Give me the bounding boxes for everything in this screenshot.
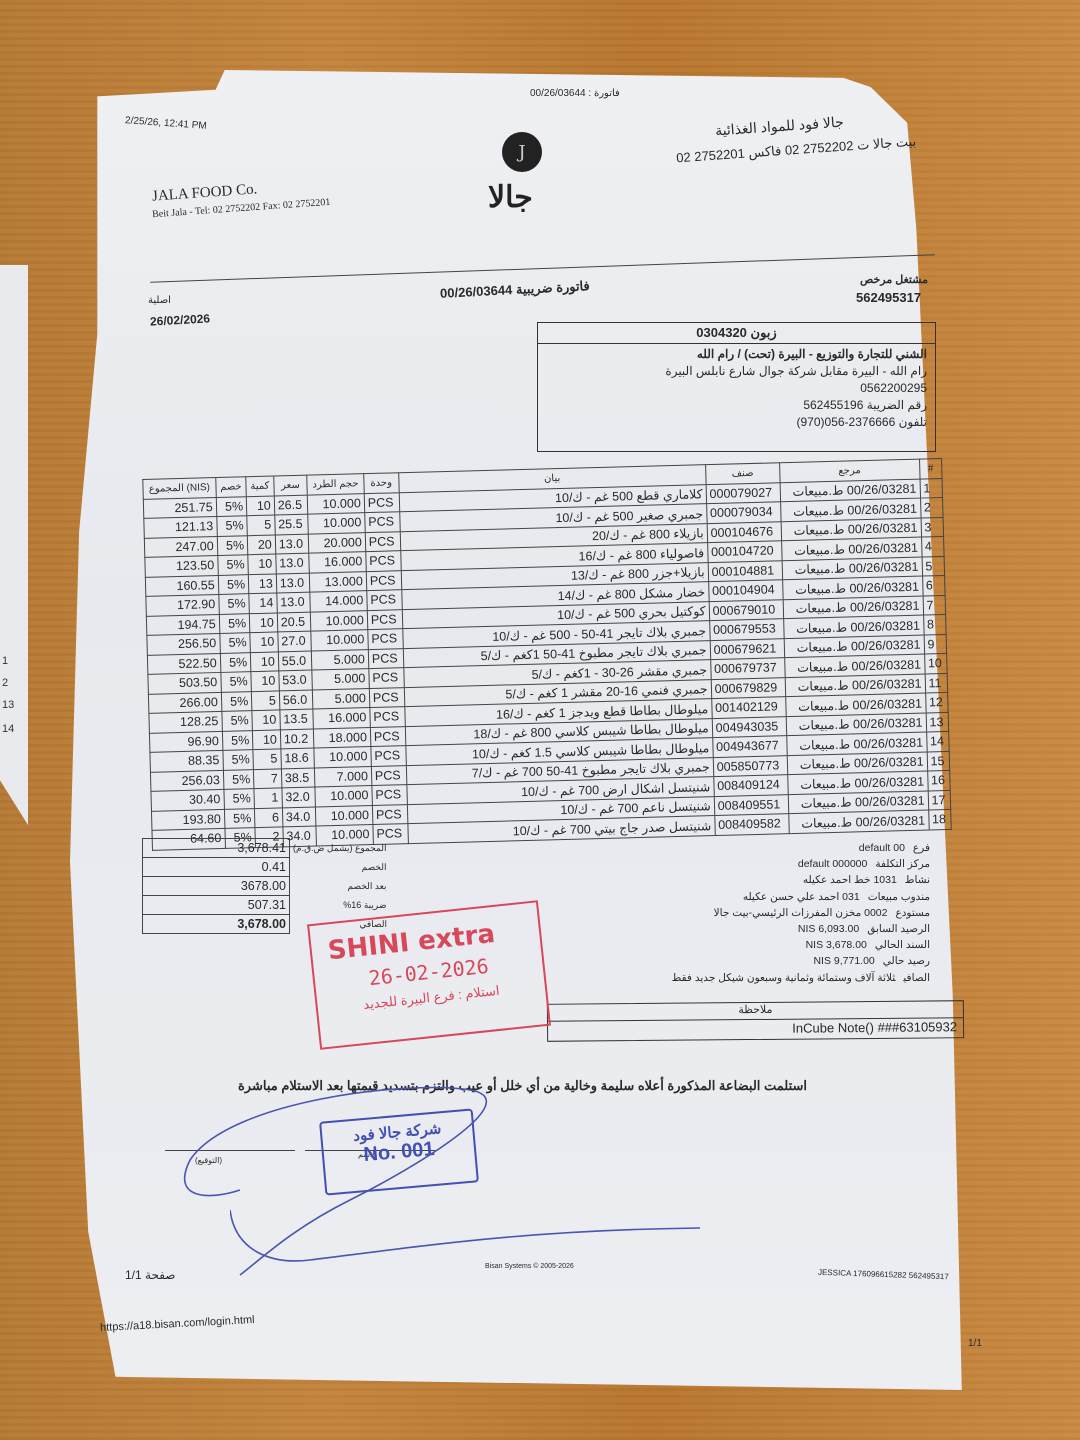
meta-label: مندوب مبيعات [868,891,930,903]
cell-pack: 7.000 [315,766,372,787]
totals-label: بعد الخصم [290,877,390,896]
cell-pack: 10.000 [308,513,365,534]
cell-discount: 5% [218,574,249,594]
cell-item: 000079027 [706,482,781,503]
cell-item: 008409582 [714,814,789,835]
cell-qty: 20 [247,534,275,554]
cell-total: 194.75 [146,614,219,635]
totals-label: ضريبة 16% [290,896,390,915]
cell-total: 172.90 [146,594,219,615]
cell-price: 20.5 [277,612,311,632]
meta-value: 9,771.00 NIS [813,955,874,967]
meta-label: مستودع [895,907,930,919]
meta-value: 031 احمد علي حسن عكيله [743,891,860,903]
cell-num: 14 [926,731,949,751]
cell-total: 522.50 [147,653,220,674]
col-total: المجموع (NIS) [143,478,216,499]
cell-total: 256.03 [150,770,223,791]
slip-number: 13 [2,699,14,711]
totals-value: 0.41 [143,858,290,877]
cell-price: 13.0 [277,592,311,612]
cell-item: 000679553 [709,619,784,640]
slip-number: 2 [2,677,8,689]
meta-value: 3,678.00 NIS [806,939,867,951]
cell-item: 005850773 [713,755,788,776]
licensed-dealer-number: 562495317 [856,290,921,305]
invoice-items-table: المجموع (NIS) خصم كمية سعر حجم الطرد وحد… [142,458,951,850]
cell-item: 004943035 [712,716,787,737]
cell-total: 266.00 [148,692,221,713]
totals-label: الخصم [290,858,390,877]
page-indicator: صفحة 1/1 [125,1268,175,1282]
cell-discount: 5% [216,496,247,516]
meta-row: السند الحالي3,678.00 NIS [640,937,930,953]
totals-value: 3,678.41 [143,839,290,858]
meta-label: مركز التكلفة [875,858,930,870]
totals-label: المجموع (يشمل ض.ق.م) [290,839,390,858]
cell-unit: PCS [370,726,405,746]
cell-pack: 5.000 [313,688,370,709]
cell-discount: 5% [221,691,252,711]
cell-item: 000679010 [709,599,784,620]
cell-item: 000079034 [706,502,781,523]
cell-total: 503.50 [148,672,221,693]
cell-total: 88.35 [150,750,223,771]
cell-num: 9 [924,634,947,654]
cell-price: 10.2 [280,729,314,749]
cell-qty: 5 [251,690,279,710]
cell-unit: PCS [370,707,405,727]
meta-row: مركز التكلفةdefault 000000 [640,856,930,872]
cell-discount: 5% [221,672,252,692]
cell-num: 1 [920,478,943,498]
customer-phone: 0562200295 [546,380,927,397]
cell-discount: 5% [216,516,247,536]
company-logo-text: جالا [488,180,533,215]
slip-number: 14 [2,723,14,735]
totals-row: 3678.00بعد الخصم [143,877,390,896]
meta-value: ثلاثة آلاف وستمائة وثمانية وسبعون شيكل ج… [672,972,896,984]
cell-price: 32.0 [282,787,316,807]
cell-item: 000679621 [710,638,785,659]
cell-discount: 5% [223,750,254,770]
notes-value: InCube Note() ###63105932 [548,1018,963,1041]
meta-label: نشاط [905,874,930,886]
cell-unit: PCS [369,668,404,688]
cell-num: 4 [921,536,944,556]
cell-pack: 5.000 [312,669,369,690]
cell-qty: 13 [248,573,276,593]
meta-label: الصافي [903,972,930,984]
cell-num: 10 [924,653,947,673]
cell-item: 008409124 [713,775,788,796]
meta-value: 0002 مخزن المفرزات الرئيسي-بيت جالا [714,907,888,919]
cell-num: 5 [922,556,945,576]
cell-item: 000679737 [710,658,785,679]
cell-unit: PCS [371,765,406,785]
cell-price: 34.0 [282,807,316,827]
cell-qty: 10 [252,729,280,749]
cell-total: 247.00 [144,536,217,557]
totals-row: 507.31ضريبة 16% [143,896,390,915]
invoice-meta-block: فرعdefault 00مركز التكلفةdefault 000000ن… [640,840,930,986]
cell-qty: 10 [251,671,279,691]
software-credit: Bisan Systems © 2005-2026 [485,1263,574,1270]
cell-num: 6 [922,575,945,595]
cell-unit: PCS [365,531,400,551]
customer-address: رام الله - البيرة مقابل شركة جوال شارع ن… [546,363,927,380]
totals-value: 3678.00 [143,877,290,896]
cell-num: 12 [925,692,948,712]
cell-pack: 10.000 [316,805,373,826]
cell-num: 17 [928,790,951,810]
cell-total: 128.25 [149,711,222,732]
cell-qty: 10 [250,651,278,671]
customer-tax-number: رقم الضريبة 562455196 [546,397,927,414]
cell-price: 56.0 [279,690,313,710]
cell-num: 18 [928,809,951,829]
meta-label: السند الحالي [875,939,930,951]
meta-row: نشاط1031 خط احمد عكيله [640,872,930,888]
cell-pack: 5.000 [311,649,368,670]
notes-box: ملاحظة InCube Note() ###63105932 [547,1000,964,1042]
cell-unit: PCS [365,512,400,532]
cell-unit: PCS [367,590,402,610]
cell-discount: 5% [224,808,255,828]
cell-qty: 10 [252,710,280,730]
cell-qty: 5 [247,515,275,535]
cell-price: 13.0 [275,534,309,554]
cell-discount: 5% [223,769,254,789]
col-pack: حجم الطرد [307,474,364,495]
customer-name: الشني للتجارة والتوزيع - البيرة (تحت) / … [546,346,927,363]
cell-pack: 10.000 [307,493,364,514]
cell-price: 55.0 [278,651,312,671]
cell-discount: 5% [222,730,253,750]
cell-pack: 14.000 [310,591,367,612]
meta-value: default 00 [859,842,905,854]
cell-pack: 16.000 [313,708,370,729]
cell-unit: PCS [368,648,403,668]
company-stamp: شركة جالا فود No. 001 [319,1108,479,1195]
cell-item: 000679829 [711,677,786,698]
cell-price: 53.0 [279,670,313,690]
signature-line [165,1150,295,1151]
invoice-copy-label: اصلية [148,295,171,306]
col-item: صنف [705,463,780,484]
customer-telephone: تلفون 2376666-056(970) [546,414,927,431]
cell-item: 001402129 [711,697,786,718]
cell-qty: 1 [254,788,282,808]
cell-price: 13.5 [280,709,314,729]
cell-qty: 14 [249,593,277,613]
receipt-statement: استلمت البضاعة المذكورة أعلاه سليمة وخال… [238,1078,807,1094]
received-stamp: SHINI extra 26-02-2026 استلام : فرع البي… [307,900,551,1050]
cell-unit: PCS [367,609,402,629]
cell-item: 000104720 [707,541,782,562]
cell-unit: PCS [372,785,407,805]
totals-value: 507.31 [143,896,290,915]
cell-num: 7 [923,595,946,615]
print-page-count: 1/1 [968,1338,982,1349]
meta-value: 1031 خط احمد عكيله [803,874,897,886]
cell-pack: 10.000 [315,786,372,807]
cell-price: 13.0 [276,573,310,593]
cell-item: 008409551 [714,794,789,815]
company-logo-icon: J [502,132,542,172]
cell-discount: 5% [217,555,248,575]
cell-total: 256.50 [147,633,220,654]
cell-total: 160.55 [145,575,218,596]
slip-number: 1 [2,655,8,667]
cell-pack: 20.000 [308,532,365,553]
totals-row: 3,678.41المجموع (يشمل ض.ق.م) [143,839,390,858]
cell-qty: 10 [249,612,277,632]
meta-row: مندوب مبيعات031 احمد علي حسن عكيله [640,889,930,905]
cell-item: 000104881 [708,560,783,581]
cell-discount: 5% [217,535,248,555]
cell-unit: PCS [371,746,406,766]
meta-value: default 000000 [798,858,867,870]
cell-pack: 18.000 [314,727,371,748]
signature-label: (التوقيع) [195,1156,222,1165]
meta-row: الصافيثلاثة آلاف وستمائة وثمانية وسبعون … [640,970,930,986]
cell-num: 11 [925,673,948,693]
meta-label: رصيد حالي [883,955,930,967]
cell-num: 16 [927,770,950,790]
meta-row: مستودع0002 مخزن المفرزات الرئيسي-بيت جال… [640,905,930,921]
cell-total: 96.90 [149,731,222,752]
cell-pack: 16.000 [309,552,366,573]
cell-discount: 5% [220,633,251,653]
cell-num: 8 [923,614,946,634]
cell-price: 13.0 [276,553,310,573]
cell-unit: PCS [366,570,401,590]
col-unit: وحدة [364,473,399,493]
customer-box: زبون 0304320 الشني للتجارة والتوزيع - ال… [537,322,936,452]
cell-unit: PCS [372,804,407,824]
cell-total: 123.50 [145,555,218,576]
meta-row: رصيد حالي9,771.00 NIS [640,953,930,969]
cell-discount: 5% [218,594,249,614]
cell-pack: 13.000 [309,571,366,592]
cell-item: 004943677 [712,736,787,757]
cell-total: 193.80 [151,809,224,830]
cell-price: 26.5 [274,495,308,515]
meta-label: الرصيد السابق [867,923,930,935]
cell-price: 27.0 [278,631,312,651]
cell-discount: 5% [224,789,255,809]
meta-row: الرصيد السابق6,093.00 NIS [640,921,930,937]
cell-discount: 5% [222,711,253,731]
cell-price: 25.5 [274,514,308,534]
cell-unit: PCS [364,492,399,512]
cell-total: 251.75 [143,497,216,518]
totals-row: 0.41الخصم [143,858,390,877]
meta-value: 6,093.00 NIS [798,923,859,935]
col-qty: كمية [246,476,274,496]
col-discount: خصم [215,477,246,497]
cell-qty: 6 [255,807,283,827]
cell-num: 2 [920,497,943,517]
adjacent-receipt-slip: 1 2 13 14 [0,265,28,825]
col-num: # [919,459,942,479]
cell-ref: 00/26/03281 ط.مبيعات [789,810,929,833]
cell-price: 38.5 [281,768,315,788]
cell-qty: 7 [253,768,281,788]
cell-pack: 10.000 [310,610,367,631]
cell-discount: 5% [220,652,251,672]
licensed-dealer-label: مشتغل مرخص [860,273,928,286]
cell-pack: 10.000 [314,747,371,768]
cell-num: 13 [926,712,949,732]
cell-item: 000104676 [707,521,782,542]
cell-discount: 5% [219,613,250,633]
top-invoice-label: فاتورة : 00/26/03644 [530,88,620,99]
cell-num: 15 [927,751,950,771]
cell-item: 000104904 [708,580,783,601]
cell-unit: PCS [369,687,404,707]
customer-id: زبون 0304320 [538,323,935,344]
meta-label: فرع [913,842,930,854]
cell-total: 121.13 [144,517,217,538]
totals-value: 3,678.00 [143,915,290,934]
cell-num: 3 [921,517,944,537]
cell-price: 18.6 [281,748,315,768]
cell-qty: 10 [248,554,276,574]
cell-qty: 10 [250,632,278,652]
meta-row: فرعdefault 00 [640,840,930,856]
cell-unit: PCS [368,629,403,649]
cell-unit: PCS [366,551,401,571]
cell-qty: 10 [246,495,274,515]
col-price: سعر [273,475,307,495]
cell-qty: 5 [253,749,281,769]
cell-pack: 10.000 [311,630,368,651]
cell-total: 30.40 [151,789,224,810]
